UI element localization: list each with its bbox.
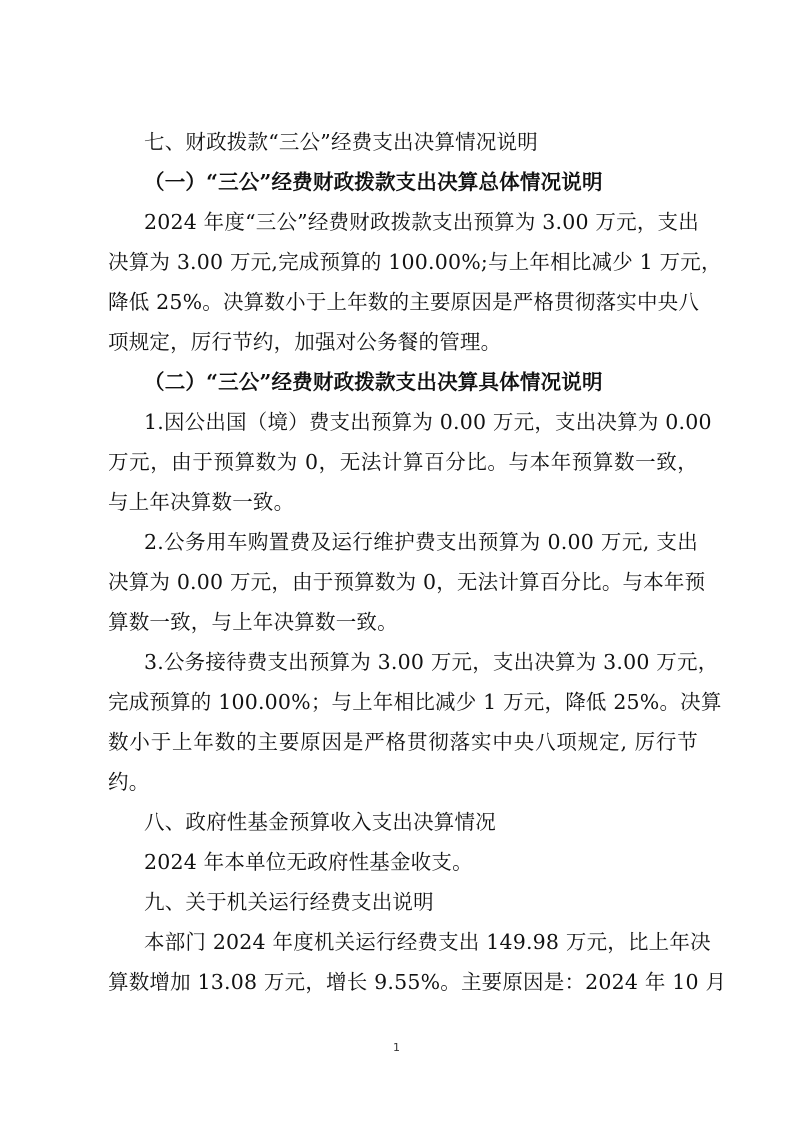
paragraph-line: 降低 25%。决算数小于上年数的主要原因是严格贯彻落实中央八	[108, 288, 698, 316]
paragraph-line: 2024 年度“三公”经费财政拨款支出预算为 3.00 万元，支出	[144, 208, 698, 236]
section-heading-9: 九、关于机关运行经费支出说明	[144, 888, 734, 916]
paragraph-line: 决算为 3.00 万元,完成预算的 100.00%;与上年相比减少 1 万元，	[108, 248, 698, 276]
paragraph-line: 与上年决算数一致。	[108, 488, 698, 516]
paragraph-line: 2024 年本单位无政府性基金收支。	[144, 848, 698, 876]
section-heading-7: 七、财政拨款“三公”经费支出决算情况说明	[144, 128, 734, 156]
paragraph-line: 约。	[108, 768, 698, 796]
paragraph-line: 1.因公出国（境）费支出预算为 0.00 万元，支出决算为 0.00	[144, 408, 698, 436]
paragraph-line: 2.公务用车购置费及运行维护费支出预算为 0.00 万元, 支出	[144, 528, 698, 556]
subsection-heading-1: （一）“三公”经费财政拨款支出决算总体情况说明	[144, 168, 734, 196]
section-heading-8: 八、政府性基金预算收入支出决算情况	[144, 808, 734, 836]
paragraph-line: 数小于上年数的主要原因是严格贯彻落实中央八项规定, 厉行节	[108, 728, 698, 756]
document-page: 七、财政拨款“三公”经费支出决算情况说明 （一）“三公”经费财政拨款支出决算总体…	[0, 0, 793, 1122]
paragraph-line: 完成预算的 100.00%；与上年相比减少 1 万元，降低 25%。决算	[108, 688, 698, 716]
paragraph-line: 本部门 2024 年度机关运行经费支出 149.98 万元，比上年决	[144, 928, 698, 956]
paragraph-line: 万元，由于预算数为 0，无法计算百分比。与本年预算数一致，	[108, 448, 698, 476]
paragraph-line: 项规定，厉行节约，加强对公务餐的管理。	[108, 328, 698, 356]
subsection-heading-2: （二）“三公”经费财政拨款支出决算具体情况说明	[144, 368, 734, 396]
paragraph-line: 决算为 0.00 万元，由于预算数为 0，无法计算百分比。与本年预	[108, 568, 698, 596]
paragraph-line: 算数增加 13.08 万元，增长 9.55%。主要原因是：2024 年 10 月	[108, 968, 698, 996]
paragraph-line: 算数一致，与上年决算数一致。	[108, 608, 698, 636]
paragraph-line: 3.公务接待费支出预算为 3.00 万元，支出决算为 3.00 万元，	[144, 648, 698, 676]
page-number: 1	[0, 1041, 793, 1054]
